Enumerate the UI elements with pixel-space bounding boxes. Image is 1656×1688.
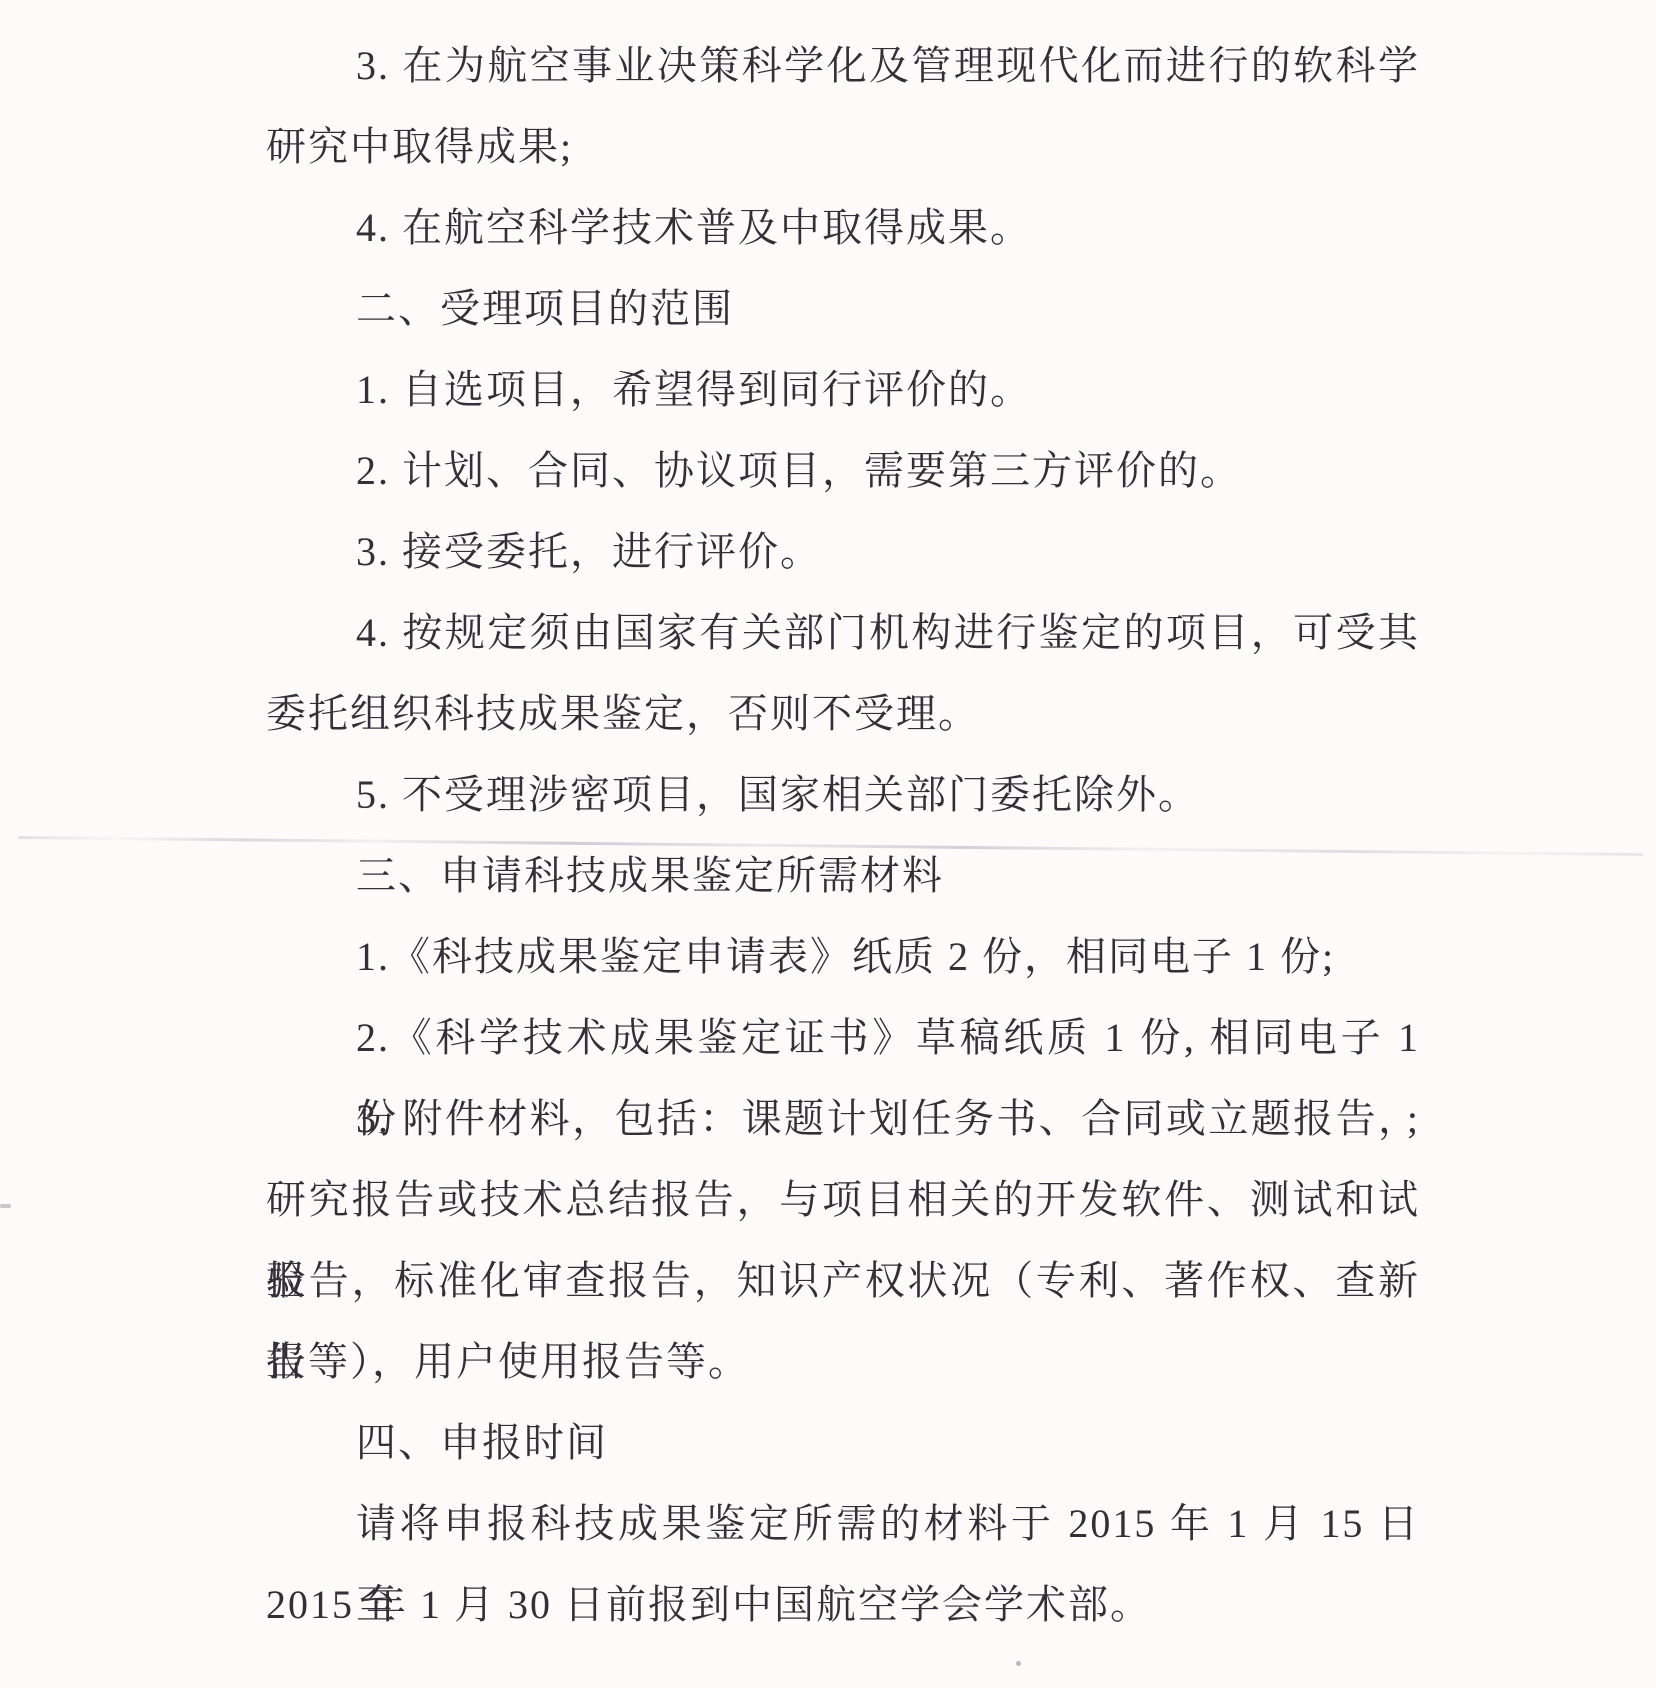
text-line: 2.《科学技术成果鉴定证书》草稿纸质 1 份, 相同电子 1 份;: [266, 997, 1420, 1078]
text-line: 4. 按规定须由国家有关部门机构进行鉴定的项目，可受其: [266, 592, 1420, 673]
text-line: 1.《科技成果鉴定申请表》纸质 2 份，相同电子 1 份;: [266, 916, 1420, 997]
text-line: 委托组织科技成果鉴定，否则不受理。: [266, 673, 1420, 754]
text-line: 二、受理项目的范围: [266, 268, 1420, 349]
text-line: 3. 在为航空事业决策科学化及管理现代化而进行的软科学: [266, 25, 1420, 106]
text-line: 告等），用户使用报告等。: [266, 1321, 1420, 1402]
scan-speck-dot: [1016, 1661, 1021, 1666]
text-line: 研究中取得成果;: [266, 106, 1420, 187]
text-line: 请将申报科技成果鉴定所需的材料于 2015 年 1 月 15 日至: [266, 1483, 1420, 1564]
text-line: 2. 计划、合同、协议项目，需要第三方评价的。: [266, 430, 1420, 511]
text-line: 4. 在航空科学技术普及中取得成果。: [266, 187, 1420, 268]
text-line: 2015 年 1 月 30 日前报到中国航空学会学术部。: [266, 1564, 1420, 1645]
text-line: 四、申报时间: [266, 1402, 1420, 1483]
text-line: 3. 附件材料，包括：课题计划任务书、合同或立题报告，: [266, 1078, 1420, 1159]
text-line: 3. 接受委托，进行评价。: [266, 511, 1420, 592]
text-line: 研究报告或技术总结报告，与项目相关的开发软件、测试和试验: [266, 1159, 1420, 1240]
scanned-page: 3. 在为航空事业决策科学化及管理现代化而进行的软科学研究中取得成果;4. 在航…: [0, 0, 1656, 1688]
text-line: 报告，标准化审查报告，知识产权状况（专利、著作权、查新报: [266, 1240, 1420, 1321]
document-body: 3. 在为航空事业决策科学化及管理现代化而进行的软科学研究中取得成果;4. 在航…: [266, 25, 1420, 1645]
text-line: 5. 不受理涉密项目，国家相关部门委托除外。: [266, 754, 1420, 835]
text-line: 1. 自选项目，希望得到同行评价的。: [266, 349, 1420, 430]
scan-speck-edge: [0, 1204, 11, 1208]
